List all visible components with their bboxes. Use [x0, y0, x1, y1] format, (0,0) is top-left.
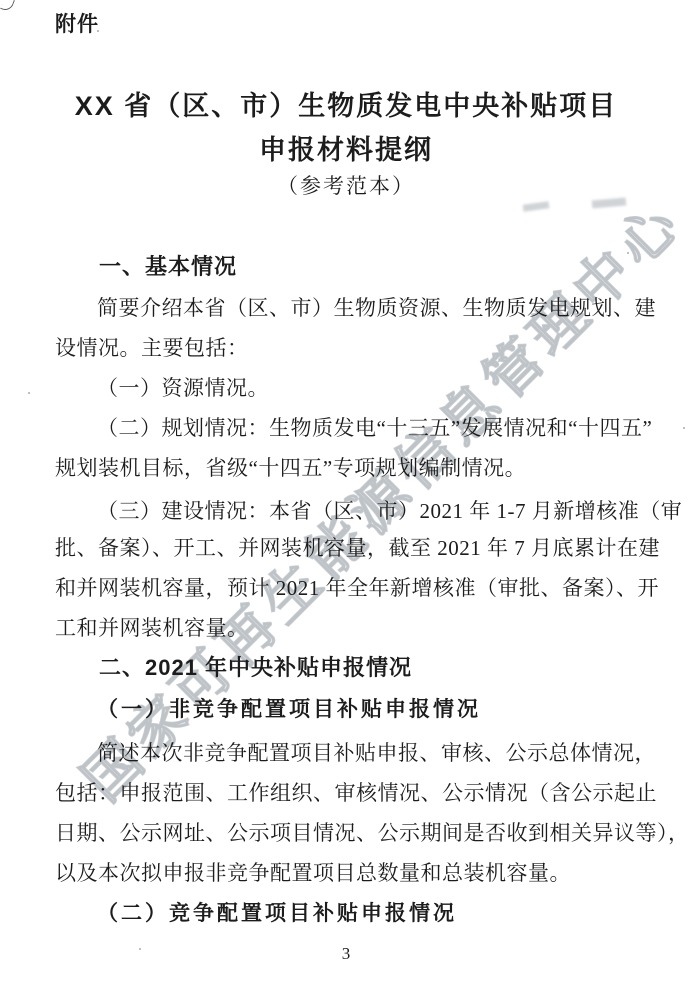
document-title-line2: 申报材料提纲 [0, 128, 692, 167]
section-heading-1: 一、基本情况 [55, 250, 646, 290]
paragraph-line: 规划装机目标，省级“十四五”专项规划编制情况。 [55, 451, 646, 491]
paragraph-line: 日期、公示网址、公示项目情况、公示期间是否收到相关异议等）， [55, 816, 646, 856]
paragraph-line: 简要介绍本省（区、市）生物质资源、生物质发电规划、建 [55, 291, 646, 331]
paragraph-line: 包括：申报范围、工作组织、审核情况、公示情况（含公示起止 [55, 776, 646, 816]
paragraph-line: 批、备案）、开工、并网装机容量，截至 2021 年 7 月底累计在建 [55, 531, 646, 571]
sub-heading-competitive: （二）竞争配置项目补贴申报情况 [55, 896, 646, 936]
section-heading-2: 二、2021 年中央补贴申报情况 [55, 651, 646, 691]
paragraph-line: 以及本次拟申报非竞争配置项目总数量和总装机容量。 [55, 856, 646, 896]
document-title-line1: XX 省（区、市）生物质发电中央补贴项目 [0, 84, 692, 123]
scan-artifact-corner [0, 0, 15, 12]
paragraph-line: 和并网装机容量，预计 2021 年全年新增核准（审批、备案）、开 [55, 571, 646, 611]
paragraph-line: 简述本次非竞争配置项目补贴申报、审核、公示总体情况， [55, 736, 646, 776]
attachment-label: 附件 [55, 8, 99, 38]
scan-artifact-smudge [523, 201, 550, 212]
scan-speck [683, 427, 685, 429]
list-item-resource: （一）资源情况。 [55, 371, 646, 411]
sub-heading-noncompetitive: （一）非竞争配置项目补贴申报情况 [55, 692, 646, 732]
page-number: 3 [0, 944, 692, 964]
list-item-construction: （三）建设情况：本省（区、市）2021 年 1-7 月新增核准（审 [55, 494, 646, 534]
paragraph-line: 工和并网装机容量。 [55, 611, 646, 651]
paragraph-line: 设情况。主要包括： [55, 331, 646, 371]
document-page: 国家可再生能源信息管理中心 附件 XX 省（区、市）生物质发电中央补贴项目 申报… [0, 0, 692, 984]
scan-speck [28, 392, 30, 394]
list-item-planning: （二）规划情况：生物质发电“十三五”发展情况和“十四五” [55, 411, 646, 451]
document-subtitle: （参考范本） [0, 170, 692, 200]
